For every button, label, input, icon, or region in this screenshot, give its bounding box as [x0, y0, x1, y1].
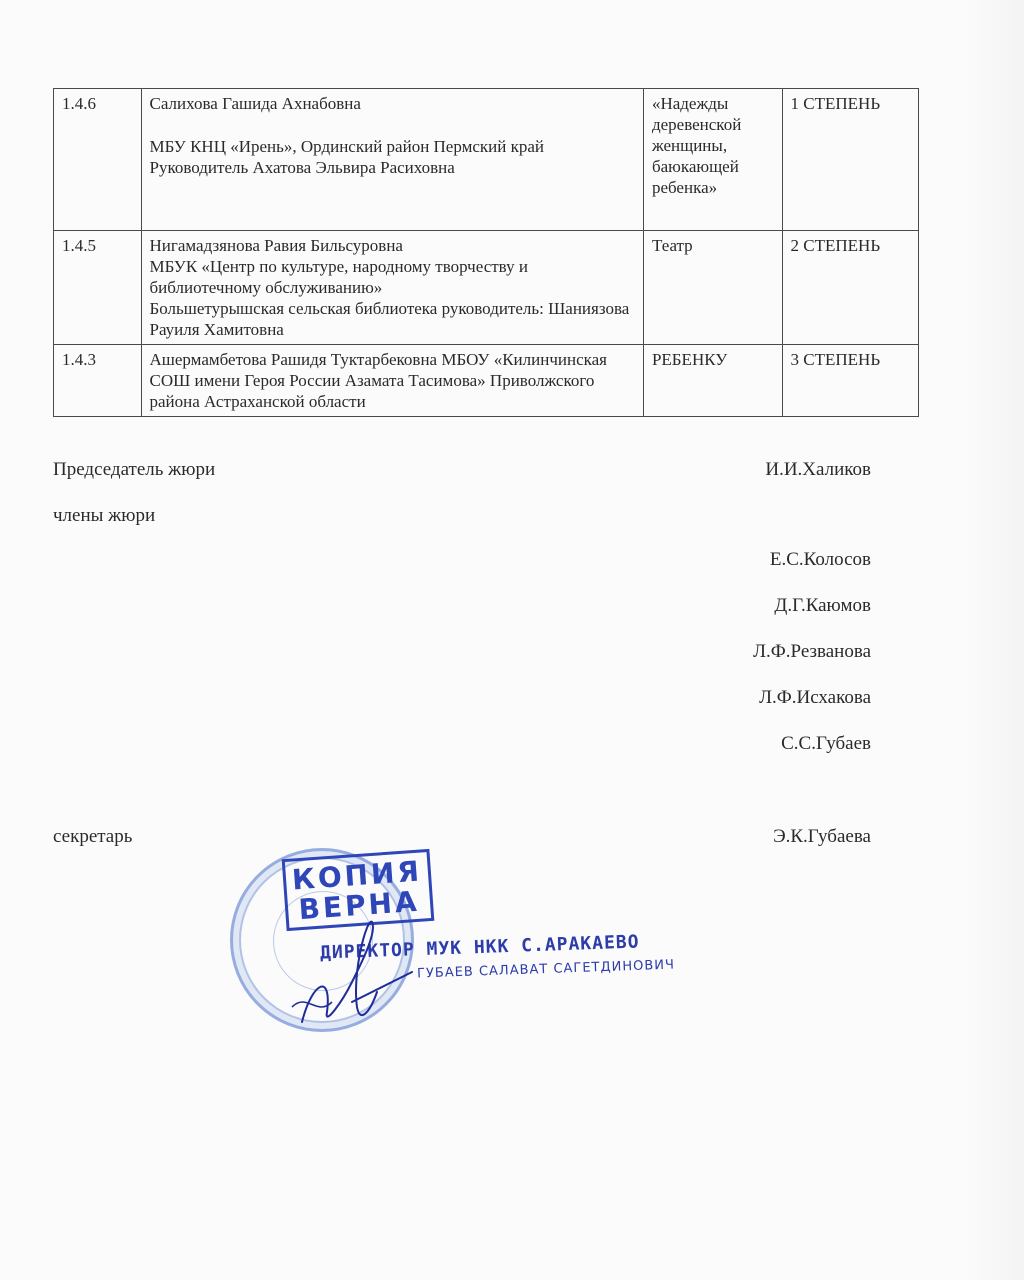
- work-title: «Надежды деревенской женщины, баюкающей …: [643, 89, 782, 231]
- scan-page-edge: [964, 0, 1024, 1280]
- work-title: Театр: [643, 231, 782, 345]
- organization-line: Руководитель Ахатова Эльвира Расиховна: [150, 157, 635, 178]
- organization-line: МБУ КНЦ «Ирень», Ординский район Пермски…: [150, 136, 635, 157]
- member-name: Е.С.Колосов: [770, 549, 871, 571]
- director-name: ГУБАЕВ САЛАВАТ САГЕТДИНОВИЧ: [417, 958, 675, 982]
- participant-info: Салихова Гашида Ахнабовна МБУ КНЦ «Ирень…: [141, 89, 643, 231]
- chairman-label: Председатель жюри: [53, 459, 215, 481]
- table-row: 1.4.6 Салихова Гашида Ахнабовна МБУ КНЦ …: [54, 89, 919, 231]
- member-row: Л.Ф.Исхакова: [53, 687, 871, 709]
- table-row: 1.4.5 Нигамадзянова Равия Бильсуровна МБ…: [54, 231, 919, 345]
- secretary-name: Э.К.Губаева: [773, 826, 871, 848]
- award-place: 2 СТЕПЕНЬ: [782, 231, 918, 345]
- row-number: 1.4.5: [54, 231, 142, 345]
- award-place: 3 СТЕПЕНЬ: [782, 345, 918, 417]
- member-row: Е.С.Колосов: [53, 549, 871, 571]
- organization-line: МБУК «Центр по культуре, народному творч…: [150, 256, 635, 298]
- member-row: С.С.Губаев: [53, 733, 871, 755]
- members-label: члены жюри: [53, 505, 155, 527]
- official-stamp: КОПИЯ ВЕРНА ДИРЕКТОР МУК НКК С.АРАКАЕВО …: [222, 842, 642, 1052]
- work-title: РЕБЕНКУ: [643, 345, 782, 417]
- handwritten-signature-icon: [282, 912, 422, 1032]
- member-row: Л.Ф.Резванова: [53, 641, 871, 663]
- member-name: Л.Ф.Резванова: [753, 641, 871, 663]
- table-row: 1.4.3 Ашермамбетова Рашидя Туктарбековна…: [54, 345, 919, 417]
- chairman-signature-row: Председатель жюри И.И.Халиков: [53, 459, 871, 481]
- chairman-name: И.И.Халиков: [765, 459, 871, 481]
- member-row: Д.Г.Каюмов: [53, 595, 871, 617]
- secretary-label: секретарь: [53, 826, 132, 848]
- participant-info: Нигамадзянова Равия Бильсуровна МБУК «Це…: [141, 231, 643, 345]
- participant-info: Ашермамбетова Рашидя Туктарбековна МБОУ …: [141, 345, 643, 417]
- organization-line: Большетурышская сельская библиотека руко…: [150, 298, 635, 340]
- row-number: 1.4.3: [54, 345, 142, 417]
- participant-name: Салихова Гашида Ахнабовна: [150, 93, 635, 114]
- row-number: 1.4.6: [54, 89, 142, 231]
- participant-name: Нигамадзянова Равия Бильсуровна: [150, 235, 635, 256]
- results-table: 1.4.6 Салихова Гашида Ахнабовна МБУ КНЦ …: [53, 88, 919, 417]
- member-name: С.С.Губаев: [781, 733, 871, 755]
- participant-name: Ашермамбетова Рашидя Туктарбековна МБОУ …: [150, 349, 635, 412]
- award-place: 1 СТЕПЕНЬ: [782, 89, 918, 231]
- member-name: Д.Г.Каюмов: [774, 595, 871, 617]
- member-name: Л.Ф.Исхакова: [759, 687, 871, 709]
- members-label-row: члены жюри: [53, 505, 871, 527]
